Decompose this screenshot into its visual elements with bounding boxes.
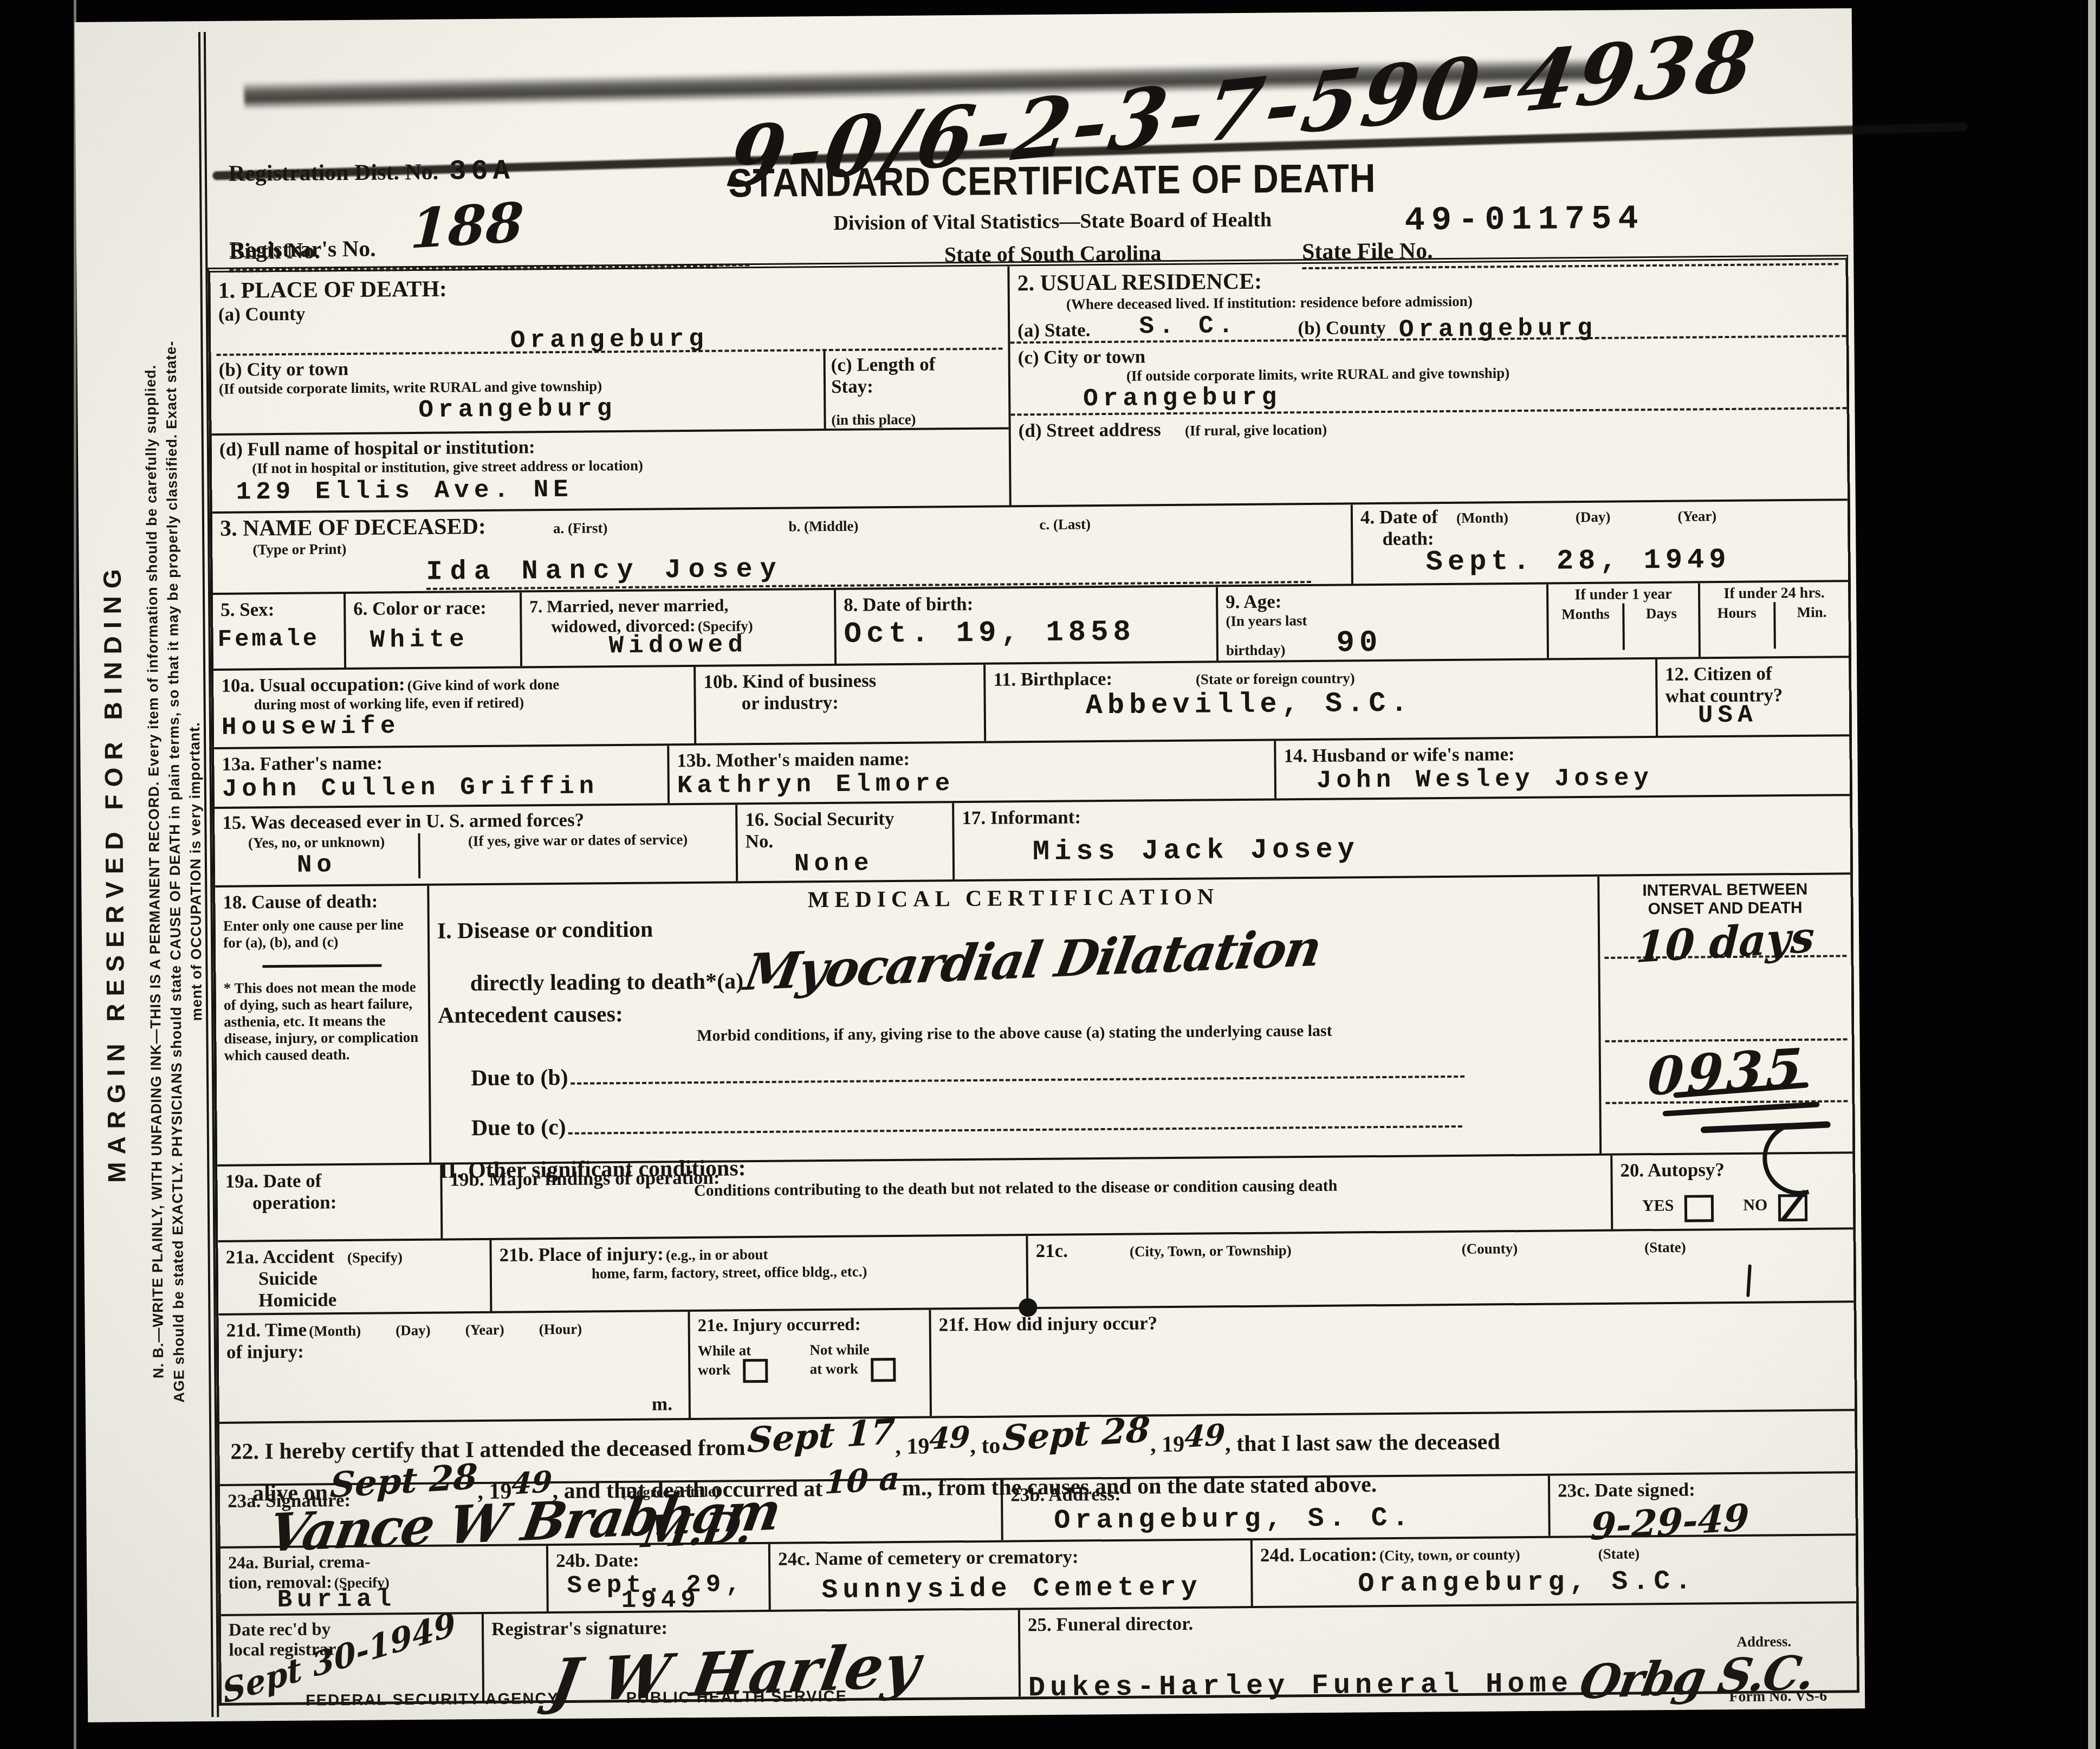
asp-label-2: Suicide [258, 1267, 317, 1289]
toi-year: (Year) [465, 1322, 504, 1338]
cause-of-death-notes: 18. Cause of death: Enter only one cause… [215, 886, 431, 1164]
due-b-fill-line [571, 1059, 1464, 1085]
injury-loc-state: (State) [1644, 1239, 1686, 1256]
place-of-death-section: 1. PLACE OF DEATH: (a) County Orangeburg… [210, 266, 1011, 511]
certificate-paper: MARGIN RESERVED FOR BINDING N. B.—WRITE … [75, 8, 1865, 1722]
name-last-label: c. (Last) [1039, 516, 1091, 533]
burial-date-section: 24b. Date: Sept. 29, 1949 [548, 1544, 771, 1611]
place-of-injury-section: 21b. Place of injury: (e.g., in or about… [491, 1236, 1028, 1311]
age-under-24h-section: If under 24 hrs. Hours Min. [1700, 582, 1849, 657]
poi-label: 21b. Place of injury: [499, 1243, 664, 1265]
dob-label: 8. Date of birth: [844, 593, 973, 616]
form-table: 1. PLACE OF DEATH: (a) County Orangeburg… [208, 255, 1859, 1706]
residence-city-value: Orangeburg [1083, 383, 1281, 413]
injury-loc-county: (County) [1462, 1240, 1518, 1257]
occupation-note-2: during most of working life, even if ret… [254, 694, 524, 712]
business-label-2: or industry: [741, 692, 839, 714]
mother-section: 13b. Mother's maiden name: Kathryn Elmor… [669, 741, 1276, 804]
spouse-label: 14. Husband or wife's name: [1284, 743, 1515, 766]
while-at-label-2: work [698, 1362, 730, 1378]
dod-month-label: (Month) [1456, 509, 1508, 526]
cemetery-section: 24c. Name of cemetery or crematory: Sunn… [770, 1540, 1253, 1610]
registration-dist-label: Registration Dist. No. [229, 160, 439, 186]
interval-value-time: 0935 [1647, 1037, 1807, 1107]
birthplace-note: (State or foreign country) [1196, 670, 1355, 687]
date-of-birth-section: 8. Date of birth: Oct. 19, 1858 [836, 587, 1218, 664]
registration-dist-value: 36A [449, 156, 515, 188]
dob-value: Oct. 19, 1858 [844, 616, 1136, 651]
certificate-form: 9-0/6-2-3-7-590-4938 Registration Dist. … [206, 19, 1859, 1717]
age-section: 9. Age: (In years last birthday) 90 [1218, 585, 1549, 661]
pod-city-note: (If outside corporate limits, write RURA… [219, 378, 602, 397]
registrar-signature-label: Registrar's signature: [491, 1617, 667, 1640]
mother-value: Kathryn Elmore [677, 769, 955, 800]
burial-section: 24a. Burial, crema- tion, removal: (Spec… [221, 1546, 549, 1614]
occupation-value: Housewife [222, 712, 400, 742]
footer-form-number: Form No. VS-6 [1729, 1688, 1827, 1706]
sex-value: Female [217, 625, 320, 653]
burial-date-value-2: 1949 [621, 1586, 701, 1615]
physician-address-value: Orangeburg, S. C. [1054, 1503, 1414, 1537]
ssn-label-1: 16. Social Security [745, 808, 894, 830]
armed-forces-note-1: (Yes, no, or unknown) [248, 833, 385, 851]
how-injury-occurred-section: 21f. How did injury occur? [931, 1303, 1854, 1416]
cause-label: 18. Cause of death: [223, 891, 378, 913]
injury-while-at-work: While at work [698, 1342, 810, 1383]
scanned-death-certificate: MARGIN RESERVED FOR BINDING N. B.—WRITE … [0, 0, 2100, 1749]
while-at-work-checkbox [743, 1359, 768, 1383]
autopsy-yes-checkbox [1684, 1195, 1714, 1222]
sex-section: 5. Sex: Female [213, 594, 346, 669]
ssn-value: None [794, 849, 874, 878]
burial-location-label: 24d. Location: [1260, 1544, 1377, 1566]
place-of-death-title: 1. PLACE OF DEATH: [218, 277, 447, 303]
residence-note: (Where deceased lived. If institution: r… [1066, 293, 1473, 313]
cemetery-label: 24c. Name of cemetery or crematory: [778, 1546, 1079, 1569]
residence-county-label: (b) County [1298, 317, 1386, 339]
certify-to-value: Sept 28 [1002, 1409, 1151, 1459]
burial-value: Burial [277, 1585, 396, 1614]
residence-city-label: (c) City or town [1017, 346, 1145, 368]
binding-margin: MARGIN RESERVED FOR BINDING N. B.—WRITE … [75, 21, 219, 1722]
interval-section: INTERVAL BETWEEN ONSET AND DEATH 10 days… [1599, 874, 1852, 1154]
autopsy-yes-label: YES [1642, 1196, 1674, 1214]
occupation-label: 10a. Usual occupation: [221, 673, 405, 696]
informant-section: 17. Informant: Miss Jack Josey [954, 796, 1850, 879]
burial-location-value: Orangeburg, S.C. [1358, 1566, 1696, 1600]
accident-suicide-homicide-section: 21a. Accident (Specify) Suicide Homicide [218, 1240, 492, 1313]
certify-lead: 22. I hereby certify that I attended the… [230, 1435, 746, 1464]
father-label: 13a. Father's name: [222, 753, 383, 775]
spouse-value: John Wesley Josey [1317, 764, 1654, 795]
residence-street-note: (If rural, give location) [1185, 422, 1327, 439]
poi-note-1: (e.g., in or about [666, 1246, 768, 1263]
asp-label-1: 21a. Accident [225, 1246, 334, 1268]
ssn-section: 16. Social Security No. None [737, 803, 955, 881]
certify-to-word: , to [970, 1434, 1000, 1459]
injury-occurred-section: 21e. Injury occurred: While at work Not … [690, 1310, 932, 1418]
toi-month: (Month) [309, 1323, 361, 1339]
major-findings-label: 19b. Major findings of operation: [450, 1167, 720, 1190]
cemetery-value: Sunnyside Cemetery [821, 1572, 1202, 1607]
pod-stay-label-2: Stay: [831, 375, 873, 397]
injury-not-while-at-work: Not while at work [809, 1341, 896, 1382]
toi-hour: (Hour) [539, 1321, 582, 1338]
certify-tail-1: , that I last saw the deceased [1225, 1429, 1500, 1456]
citizen-label-1: 12. Citizen of [1665, 663, 1772, 685]
autopsy-no-label: NO [1743, 1196, 1767, 1214]
certify-from-year: 49 [929, 1419, 971, 1456]
residence-state-label: (a) State. [1017, 319, 1090, 341]
citizen-value: USA [1698, 701, 1758, 730]
marital-label-1: 7. Married, never married, [529, 595, 729, 616]
age-label: 9. Age: [1226, 591, 1281, 612]
date-signed-section: 23c. Date signed: 9-29-49 [1550, 1473, 1856, 1536]
business-section: 10b. Kind of business or industry: [696, 665, 986, 743]
armed-forces-value: No [297, 851, 337, 879]
spouse-section: 14. Husband or wife's name: John Wesley … [1276, 736, 1850, 798]
medcert-disease-value: Myocardial Dilatation [741, 918, 1325, 1002]
form-header: 9-0/6-2-3-7-590-4938 Registration Dist. … [206, 19, 1848, 268]
medcert-disease-label-1: I. Disease or condition [437, 917, 653, 944]
stray-mark [1746, 1265, 1752, 1297]
name-value: Ida Nancy Josey [426, 554, 784, 588]
age-under-1yr-section: If under 1 year Months Days [1548, 583, 1701, 658]
birth-no-label: Birth No. [229, 238, 320, 264]
burial-location-section: 24d. Location: (City, town, or county) (… [1253, 1536, 1856, 1606]
pod-stay-label-1: (c) Length of [831, 353, 936, 375]
cause-note-1: Enter only one cause per line for (a), (… [223, 916, 420, 951]
burial-date-label: 24b. Date: [556, 1550, 639, 1571]
birthplace-section: 11. Birthplace: (State or foreign countr… [986, 659, 1658, 741]
medcert-disease-label-2: directly leading to death*(a) [470, 969, 744, 996]
residence-state-value: S. C. [1139, 312, 1238, 340]
date-received-label-1: Date rec'd by [229, 1620, 330, 1640]
pod-city-value: Orangeburg [418, 394, 617, 424]
physician-address-section: 23b. Address: Orangeburg, S. C. [1003, 1476, 1551, 1540]
armed-forces-label: 15. Was deceased ever in U. S. armed for… [215, 809, 592, 833]
major-findings-section: 19b. Major findings of operation: [442, 1156, 1613, 1239]
name-of-deceased-section: 3. NAME OF DECEASED: a. (First) b. (Midd… [212, 504, 1353, 593]
pod-hospital-label: (d) Full name of hospital or institution… [219, 436, 535, 460]
residence-county-value: Orangeburg [1399, 314, 1597, 344]
under-24h-hours-label: Hours [1700, 602, 1775, 649]
residence-city-note: (If outside corporate limits, write RURA… [1126, 365, 1509, 384]
under-1yr-months-label: Months [1548, 603, 1625, 650]
date-of-death-section: 4. Date of (Month) (Day) (Year) death: S… [1353, 501, 1848, 584]
state-file-number-value: 49-011754 [1404, 199, 1644, 239]
race-label: 6. Color or race: [353, 597, 487, 619]
certify-from-value: Sept 17 [747, 1411, 896, 1461]
autopsy-label: 20. Autopsy? [1620, 1159, 1725, 1181]
cause-note-2: * This does not mean the mode of dying, … [224, 979, 421, 1064]
dod-day-label: (Day) [1576, 509, 1611, 526]
date-signed-label: 23c. Date signed: [1558, 1479, 1695, 1501]
interval-label-1: INTERVAL BETWEEN [1604, 880, 1846, 901]
binding-note-1: N. B.—WRITE PLAINLY, WITH UNFADING INK—T… [142, 365, 167, 1378]
under-1yr-label: If under 1 year [1548, 585, 1698, 604]
name-first-label: a. (First) [553, 520, 608, 536]
injury-occurred-label: 21e. Injury occurred: [698, 1315, 861, 1336]
burial-location-note-2: (State) [1598, 1545, 1640, 1562]
pod-county-label: (a) County [218, 303, 306, 325]
armed-forces-section: 15. Was deceased ever in U. S. armed for… [215, 805, 738, 885]
how-injury-label: 21f. How did injury occur? [939, 1312, 1158, 1335]
pod-hospital-value: 129 Ellis Ave. NE [236, 476, 573, 507]
toi-day: (Day) [396, 1322, 431, 1339]
while-at-label-1: While at [698, 1342, 751, 1359]
birthplace-label: 11. Birthplace: [993, 668, 1112, 690]
certificate-title: STANDARD CERTIFICATE OF DEATH [705, 154, 1399, 206]
informant-label: 17. Informant: [962, 806, 1081, 828]
father-value: John Cullen Griffin [222, 772, 599, 803]
ssn-label-2: No. [745, 831, 773, 852]
physician-signature-section: 23a. Signature: Vance W Brabham (Degree … [220, 1480, 1003, 1546]
injury-loc-label: 21c. [1035, 1240, 1068, 1261]
sex-label: 5. Sex: [221, 599, 274, 620]
injury-loc-city: (City, Town, or Township) [1130, 1242, 1292, 1259]
asp-spec: (Specify) [347, 1249, 403, 1266]
age-value: 90 [1336, 625, 1383, 660]
not-while-at-work-checkbox [871, 1358, 896, 1382]
dod-value: Sept. 28, 1949 [1425, 544, 1730, 578]
residence-title: 2. USUAL RESIDENCE: [1017, 269, 1262, 296]
scan-right-edge [2088, 0, 2096, 1749]
name-title: 3. NAME OF DECEASED: [220, 514, 486, 541]
occupation-note-1: (Give kind of work done [407, 676, 560, 694]
father-section: 13a. Father's name: John Cullen Griffin [214, 746, 670, 807]
toi-m: m. [652, 1393, 672, 1415]
burial-label-1: 24a. Burial, crema- [228, 1552, 371, 1572]
due-c-fill-line [568, 1109, 1462, 1135]
physician-address-label: 23b. Address: [1010, 1484, 1121, 1506]
degree-label: (Degree or title) [621, 1484, 720, 1501]
pod-hospital-note: (If not in hospital or institution, give… [252, 457, 643, 477]
asp-label-3: Homicide [258, 1289, 336, 1311]
race-section: 6. Color or race: White [346, 592, 522, 668]
marital-section: 7. Married, never married, widowed, divo… [522, 590, 837, 666]
under-24h-min-label: Min. [1775, 601, 1849, 649]
footer-agency: FEDERAL SECURITY AGENCY [306, 1690, 559, 1709]
under-1yr-days-label: Days [1624, 603, 1699, 650]
poi-note-2: home, farm, factory, street, office bldg… [592, 1264, 867, 1282]
medcert-due-c-label: Due to (c) [471, 1115, 566, 1141]
toi-label-2: of injury: [226, 1341, 304, 1363]
usual-residence-section: 2. USUAL RESIDENCE: (Where deceased live… [1009, 260, 1847, 505]
pod-stay-note: (in this place) [831, 411, 916, 429]
time-of-injury-section: 21d. Time (Month) (Day) (Year) (Hour) of… [218, 1312, 691, 1422]
age-note-1: (In years last [1226, 612, 1307, 629]
footer-service: PUBLIC HEALTH SERVICE [626, 1688, 848, 1707]
operation-date-label-2: operation: [252, 1191, 337, 1213]
injury-location-section: 21c. (City, Town, or Township) (County) … [1028, 1229, 1853, 1307]
citizen-section: 12. Citizen of what country? USA [1657, 658, 1849, 736]
toi-label-1: 21d. Time [226, 1319, 307, 1341]
mother-label: 13b. Mother's maiden name: [677, 748, 910, 771]
not-while-label-1: Not while [809, 1341, 869, 1358]
not-while-label-2: at work [810, 1361, 858, 1377]
certify-19a: , 19 [895, 1434, 929, 1459]
armed-forces-note-2: (If yes, give war or dates of service) [468, 831, 688, 849]
autopsy-section: 20. Autopsy? YES NO [1612, 1154, 1853, 1229]
under-24h-label: If under 24 hrs. [1700, 584, 1848, 603]
binding-margin-title: MARGIN RESERVED FOR BINDING [98, 561, 132, 1183]
certificate-subtitle: Division of Vital Statistics—State Board… [706, 207, 1399, 236]
medical-certification-section: MEDICAL CERTIFICATION I. Disease or cond… [429, 877, 1602, 1163]
occupation-section: 10a. Usual occupation: (Give kind of wor… [213, 667, 696, 747]
marital-value: Widowed [608, 631, 748, 660]
race-value: White [370, 625, 469, 654]
name-sub: (Type or Print) [252, 541, 346, 558]
funeral-director-label: 25. Funeral director. [1028, 1613, 1194, 1635]
date-received-section: Date rec'd by local registrar: Sept 30-1… [221, 1614, 484, 1703]
date-of-operation-section: 19a. Date of operation: [217, 1165, 443, 1240]
dod-label-1: 4. Date of [1360, 506, 1438, 528]
operation-date-label-1: 19a. Date of [225, 1170, 321, 1191]
age-note-2: birthday) [1226, 642, 1286, 658]
birthplace-value: Abbeville, S.C. [1085, 688, 1412, 722]
name-middle-label: b. (Middle) [788, 518, 858, 535]
dod-year-label: (Year) [1677, 508, 1716, 524]
binding-note-3: ment of OCCUPATION is very important. [186, 722, 205, 1021]
pod-county-value: Orangeburg [510, 325, 709, 355]
informant-value: Miss Jack Josey [1033, 833, 1360, 868]
medcert-due-b-label: Due to (b) [471, 1065, 568, 1091]
certify-to-year: 49 [1184, 1417, 1226, 1454]
certify-19b: , 19 [1150, 1432, 1184, 1457]
burial-location-note-1: (City, town, or county) [1379, 1546, 1520, 1564]
business-label-1: 10b. Kind of business [703, 670, 876, 692]
residence-street-label: (d) Street address [1019, 419, 1161, 441]
autopsy-no-checkbox [1778, 1194, 1807, 1221]
pod-city-label: (b) City or town [219, 358, 349, 380]
